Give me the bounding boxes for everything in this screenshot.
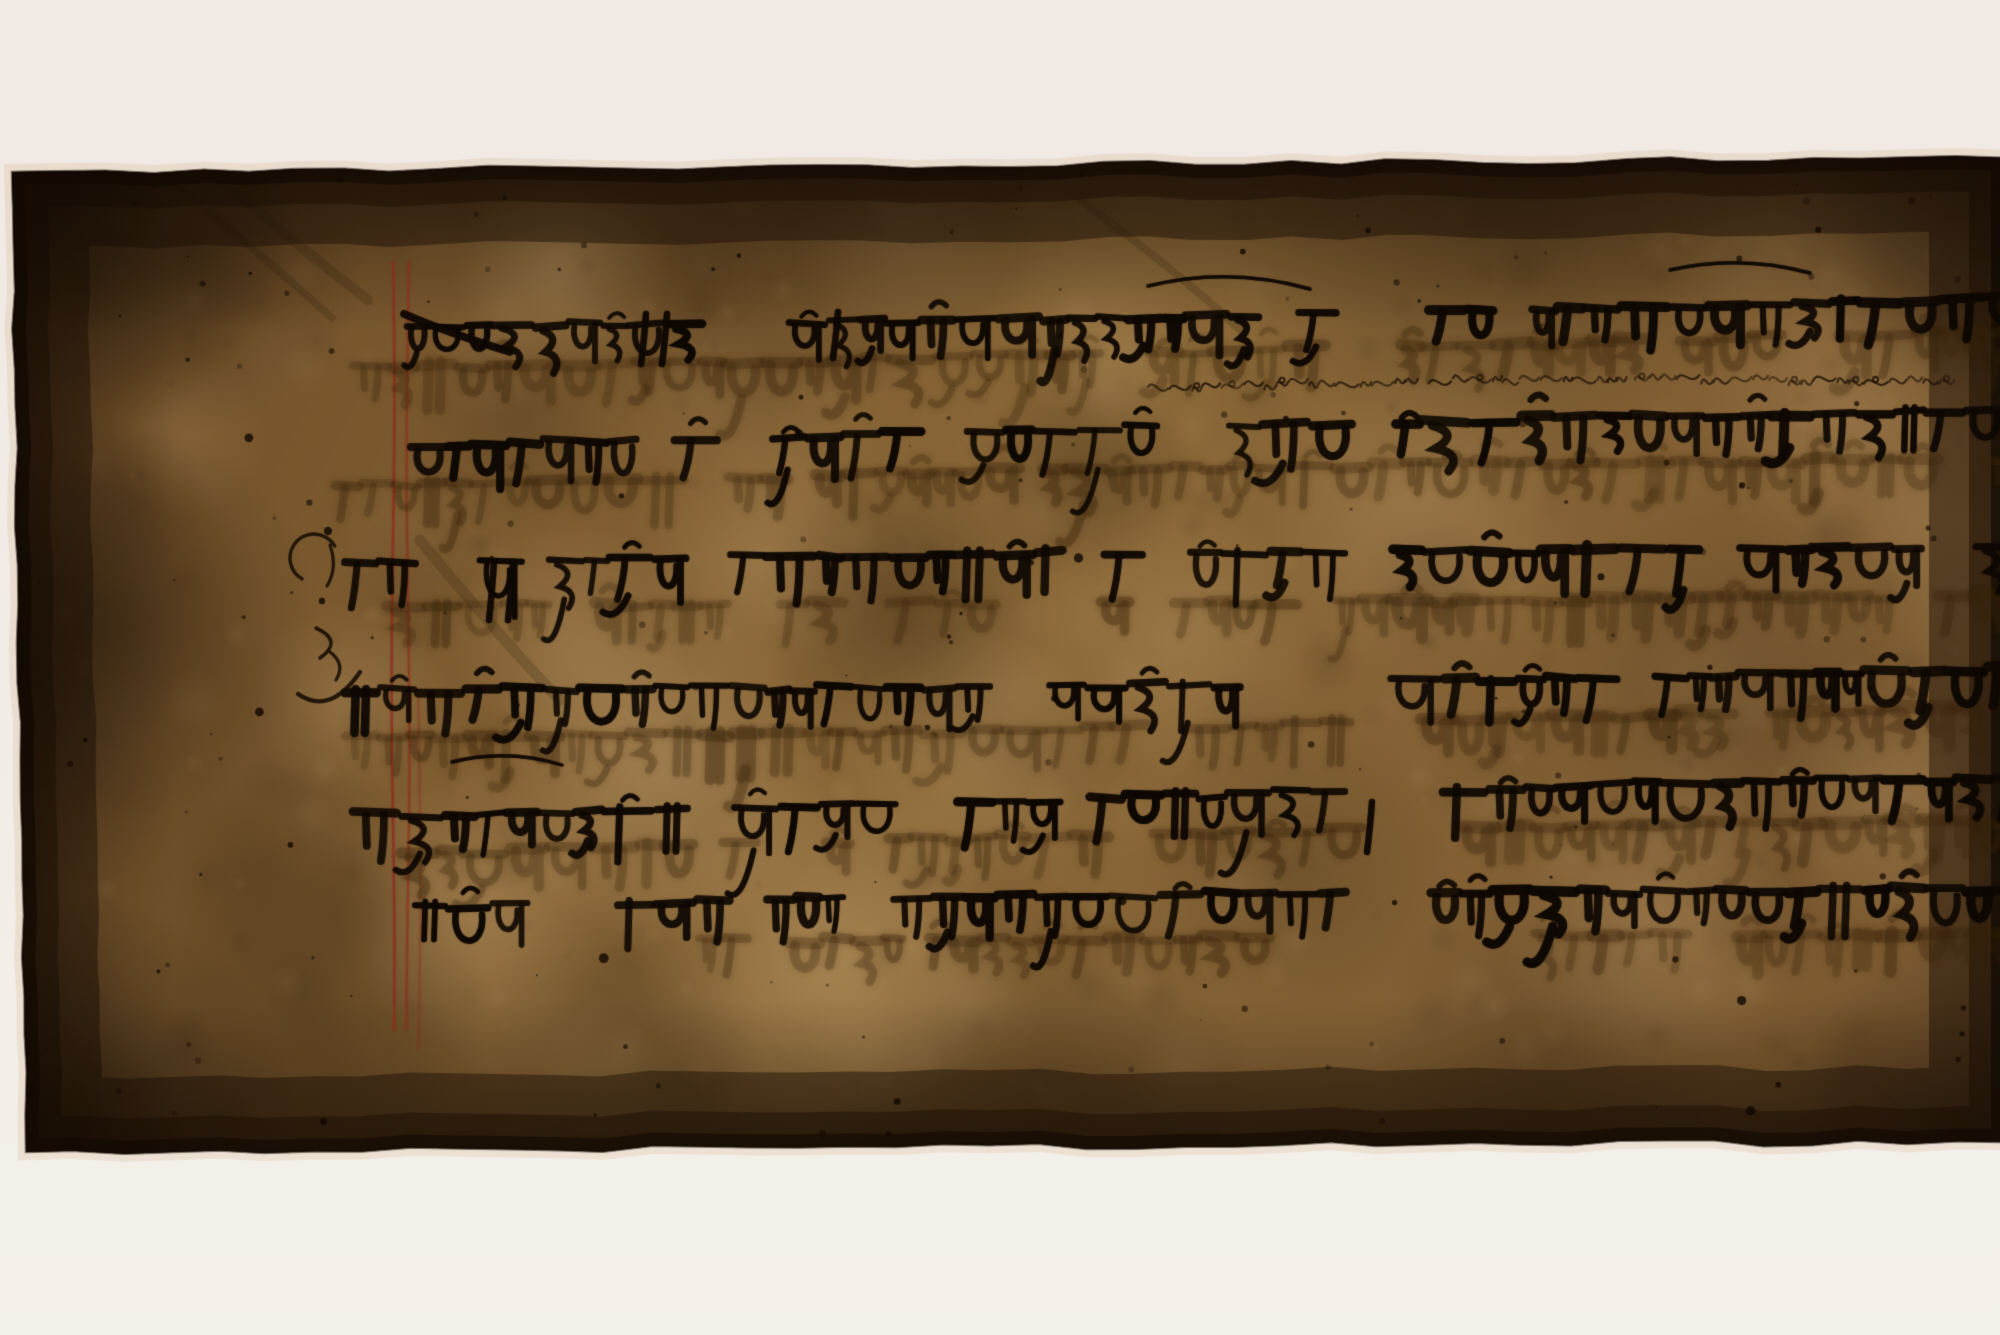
manuscript-photo-canvas: [0, 0, 2000, 1335]
photo-viewport: Backlit photograph of a single browned p…: [0, 0, 2000, 1335]
